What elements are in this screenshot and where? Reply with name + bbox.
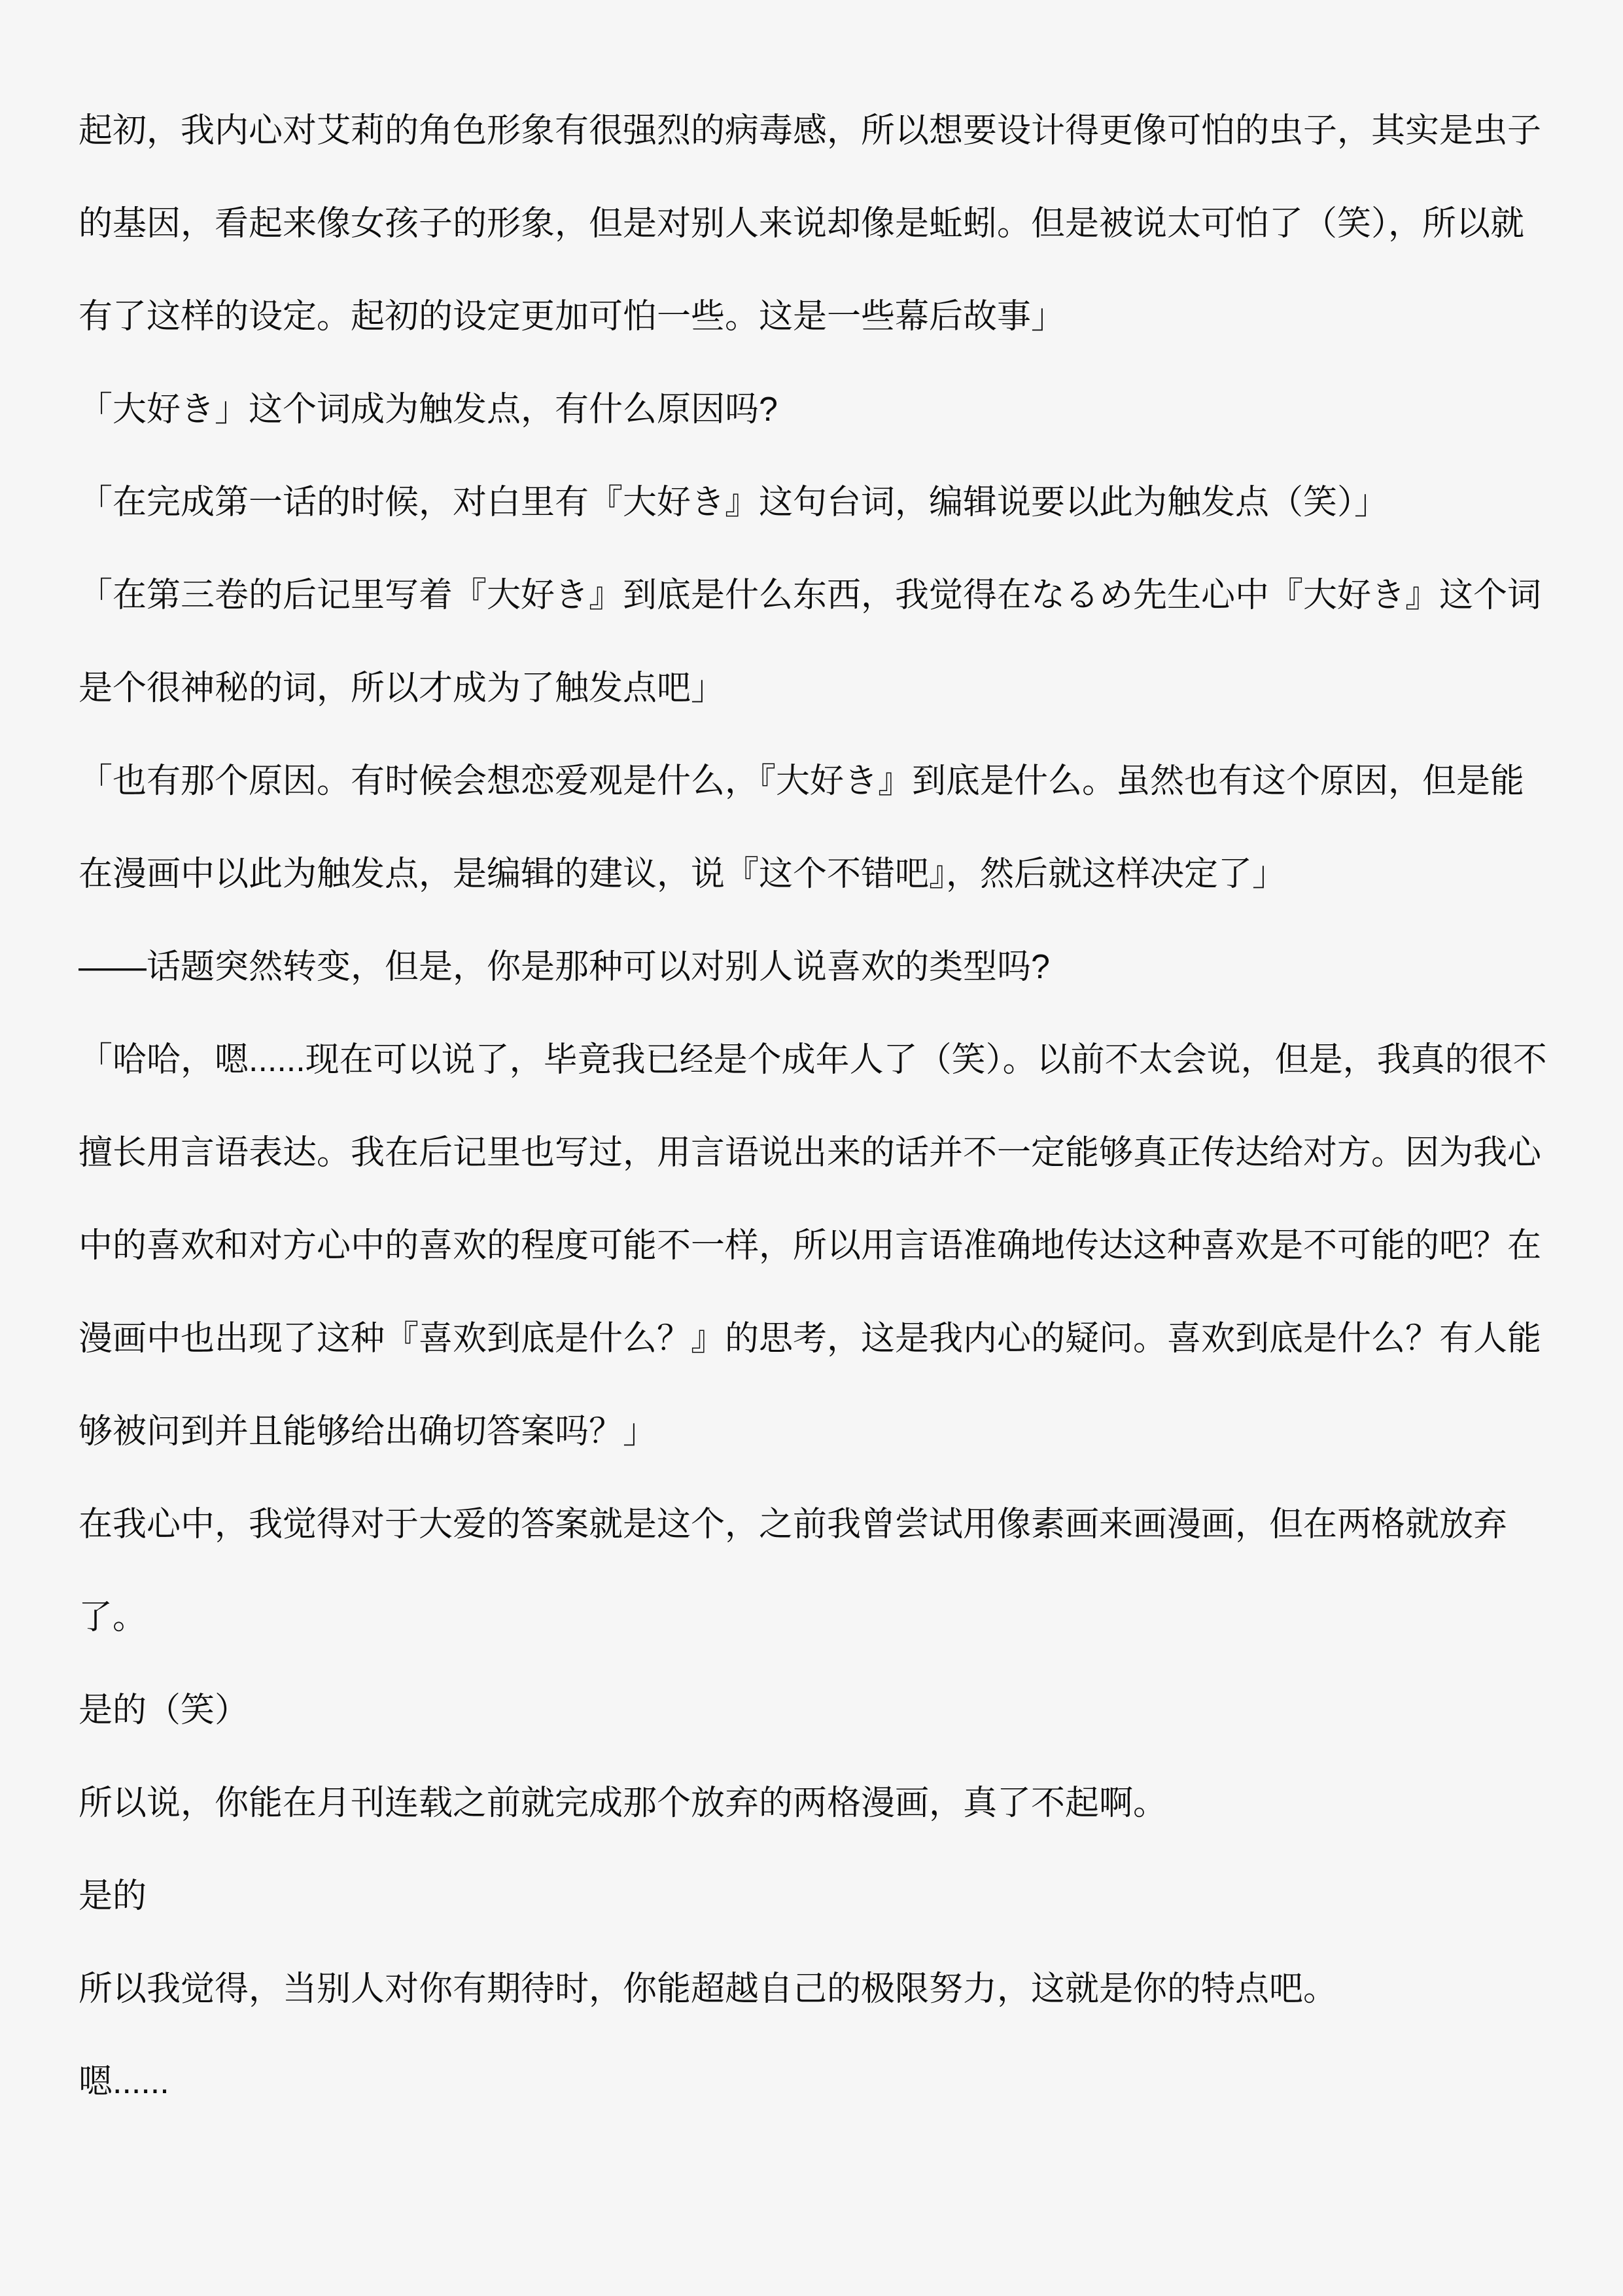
text-line-11: 「哈哈，嗯......现在可以说了，毕竟我已经是个成年人了（笑）。以前不太会说，… xyxy=(79,1014,1558,1106)
text-line-14: 漫画中也出现了这种『喜欢到底是什么？』的思考，这是我内心的疑问。喜欢到底是什么？… xyxy=(79,1292,1558,1385)
text-line-20: 是的 xyxy=(79,1850,1558,1943)
text-line-1: 起初，我内心对艾莉的角色形象有很强烈的病毒感，所以想要设计得更像可怕的虫子，其实… xyxy=(79,84,1558,177)
text-line-8: 「也有那个原因。有时候会想恋爱观是什么，『大好き』到底是什么。虽然也有这个原因，… xyxy=(79,735,1558,828)
text-line-13: 中的喜欢和对方心中的喜欢的程度可能不一样，所以用言语准确地传达这种喜欢是不可能的… xyxy=(79,1199,1558,1292)
text-line-9: 在漫画中以此为触发点，是编辑的建议，说『这个不错吧』，然后就这样决定了」 xyxy=(79,828,1558,921)
text-line-5: 「在完成第一话的时候，对白里有『大好き』这句台词，编辑说要以此为触发点（笑）」 xyxy=(79,456,1558,549)
text-line-4: 「大好き」这个词成为触发点，有什么原因吗? xyxy=(79,363,1558,456)
text-line-12: 擅长用言语表达。我在后记里也写过，用言语说出来的话并不一定能够真正传达给对方。因… xyxy=(79,1106,1558,1199)
page-background: { "page": { "background_color": "#f6f6f6… xyxy=(0,0,1623,2296)
text-line-18: 是的（笑） xyxy=(79,1664,1558,1757)
text-line-15: 够被问到并且能够给出确切答案吗？」 xyxy=(79,1385,1558,1478)
text-line-10: ——话题突然转变，但是，你是那种可以对别人说喜欢的类型吗? xyxy=(79,921,1558,1014)
text-line-2: 的基因，看起来像女孩子的形象，但是对别人来说却像是蚯蚓。但是被说太可怕了（笑），… xyxy=(79,177,1558,270)
text-line-3: 有了这样的设定。起初的设定更加可怕一些。这是一些幕后故事」 xyxy=(79,270,1558,363)
text-line-16: 在我心中，我觉得对于大爱的答案就是这个，之前我曾尝试用像素画来画漫画，但在两格就… xyxy=(79,1478,1558,1571)
text-line-19: 所以说，你能在月刊连载之前就完成那个放弃的两格漫画，真了不起啊。 xyxy=(79,1757,1558,1850)
document-page: 起初，我内心对艾莉的角色形象有很强烈的病毒感，所以想要设计得更像可怕的虫子，其实… xyxy=(79,84,1558,2128)
text-line-17: 了。 xyxy=(79,1571,1558,1664)
text-line-6: 「在第三卷的后记里写着『大好き』到底是什么东西，我觉得在なるめ先生心中『大好き』… xyxy=(79,549,1558,642)
text-line-7: 是个很神秘的词，所以才成为了触发点吧」 xyxy=(79,642,1558,735)
text-line-22: 嗯...... xyxy=(79,2036,1558,2128)
text-line-21: 所以我觉得，当别人对你有期待时，你能超越自己的极限努力，这就是你的特点吧。 xyxy=(79,1943,1558,2036)
